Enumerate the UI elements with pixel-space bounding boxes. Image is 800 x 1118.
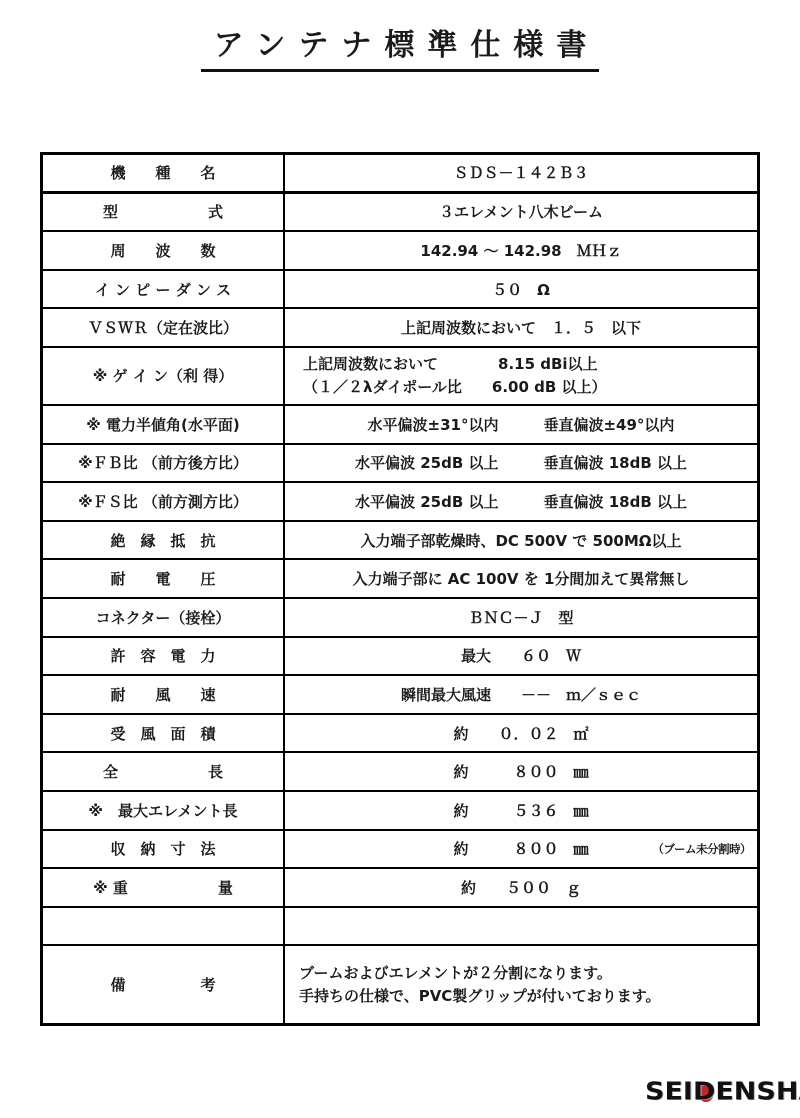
spec-label: 全 長 [43,753,285,790]
table-row-model-name: 機 種 名 ＳＤＳ－１４２Ｂ３ [43,155,757,194]
spec-value: ＳＤＳ－１４２Ｂ３ [285,155,757,191]
table-row-wind-resistance: 耐 風 速 瞬間最大風速 －－ ｍ／ｓｅｃ [43,676,757,715]
spec-label [43,908,285,945]
spec-label: 許 容 電 力 [43,638,285,675]
spec-value: 水平偏波 25dB 以上 垂直偏波 18dB 以上 [285,483,757,520]
spec-label: 絶 縁 抵 抗 [43,522,285,559]
logo-letters-ensh: ENSH [715,1077,798,1106]
table-row-blank [43,908,757,947]
spec-label: ※ ゲ イ ン（利 得） [43,348,285,404]
table-row-wind-area: 受 風 面 積 約 ０．０２ ㎡ [43,715,757,754]
spec-value: 最大 ６０ Ｗ [285,638,757,675]
logo-letters-sei: SEI [645,1077,693,1106]
table-row-half-power-angle: ※ 電力半値角(水平面) 水平偏波±31°以内 垂直偏波±49°以内 [43,406,757,445]
spec-sheet-page: { "colors": { "background": "#ffffff", "… [0,0,800,1118]
seidensha-logo: SEIDENSHΔ [645,1077,800,1106]
spec-value: 約 ５３６ ㎜ [285,792,757,829]
spec-value: 水平偏波±31°以内 垂直偏波±49°以内 [285,406,757,443]
table-row-gain: ※ ゲ イ ン（利 得） 上記周波数において 8.15 dBi以上 （１／２λダ… [43,348,757,406]
table-row-fs-ratio: ※ＦＳ比 （前方測方比） 水平偏波 25dB 以上 垂直偏波 18dB 以上 [43,483,757,522]
spec-value: 約 ８００ ㎜ （ブーム未分割時） [285,831,757,868]
page-title: アンテナ標準仕様書 [201,20,600,72]
spec-value: ブームおよびエレメントが２分割になります。 手持ちの仕様で、PVC製グリップが付… [285,946,757,1023]
spec-label: 耐 風 速 [43,676,285,713]
title-bar: アンテナ標準仕様書 [0,20,800,72]
spec-value-line1: 上記周波数において 8.15 dBi以上 [303,353,598,376]
spec-label: コネクター（接栓） [43,599,285,636]
spec-value: 約 ８００ ㎜ [285,753,757,790]
table-row-rated-power: 許 容 電 力 最大 ６０ Ｗ [43,638,757,677]
spec-value: ３エレメント八木ビーム [285,194,757,231]
spec-label: 耐 電 圧 [43,560,285,597]
spec-label: ※ 最大エレメント長 [43,792,285,829]
table-row-storage-size: 収 納 寸 法 約 ８００ ㎜ （ブーム未分割時） [43,831,757,870]
spec-label: 機 種 名 [43,155,285,191]
spec-label: ※ 重 量 [43,869,285,906]
spec-value-note: （ブーム未分割時） [652,841,751,857]
table-row-max-element-length: ※ 最大エレメント長 約 ５３６ ㎜ [43,792,757,831]
table-row-connector: コネクター（接栓） ＢＮＣ－Ｊ 型 [43,599,757,638]
logo-letter-d-red-icon: D [693,1077,715,1106]
table-row-insulation-resistance: 絶 縁 抵 抗 入力端子部乾燥時、DC 500V で 500MΩ以上 [43,522,757,561]
spec-label: ※ＦＢ比 （前方後方比） [43,445,285,482]
spec-value: 入力端子部乾燥時、DC 500V で 500MΩ以上 [285,522,757,559]
spec-value [285,908,757,945]
spec-label: 型 式 [43,194,285,231]
table-row-total-length: 全 長 約 ８００ ㎜ [43,753,757,792]
table-row-fb-ratio: ※ＦＢ比 （前方後方比） 水平偏波 25dB 以上 垂直偏波 18dB 以上 [43,445,757,484]
spec-label: 収 納 寸 法 [43,831,285,868]
spec-label: ＶＳＷＲ（定在波比） [43,309,285,346]
spec-value: 瞬間最大風速 －－ ｍ／ｓｅｃ [285,676,757,713]
spec-label: イ ン ピ ー ダ ン ス [43,271,285,308]
spec-value: 142.94 ～ 142.98 ＭＨｚ [285,232,757,269]
table-row-frequency: 周 波 数 142.94 ～ 142.98 ＭＨｚ [43,232,757,271]
spec-value-line2: （１／２λダイポール比 6.00 dB 以上） [303,376,607,399]
spec-value: 上記周波数において 8.15 dBi以上 （１／２λダイポール比 6.00 dB… [285,348,757,404]
spec-value-main: 約 ８００ ㎜ [453,838,588,859]
spec-label: ※ 電力半値角(水平面) [43,406,285,443]
table-row-weight: ※ 重 量 約 ５００ ｇ [43,869,757,908]
spec-value: 約 ０．０２ ㎡ [285,715,757,752]
spec-value: 水平偏波 25dB 以上 垂直偏波 18dB 以上 [285,445,757,482]
spec-label: 受 風 面 積 [43,715,285,752]
spec-value: 入力端子部に AC 100V を 1分間加えて異常無し [285,560,757,597]
spec-table: 機 種 名 ＳＤＳ－１４２Ｂ３ 型 式 ３エレメント八木ビーム 周 波 数 14… [40,152,760,1026]
spec-value: ＢＮＣ－Ｊ 型 [285,599,757,636]
spec-value: ５０ Ω [285,271,757,308]
spec-value-line1: ブームおよびエレメントが２分割になります。 [299,962,612,985]
table-row-vswr: ＶＳＷＲ（定在波比） 上記周波数において １．５ 以下 [43,309,757,348]
spec-label: 備 考 [43,946,285,1023]
table-row-impedance: イ ン ピ ー ダ ン ス ５０ Ω [43,271,757,310]
spec-label: 周 波 数 [43,232,285,269]
table-row-withstand-voltage: 耐 電 圧 入力端子部に AC 100V を 1分間加えて異常無し [43,560,757,599]
spec-value: 上記周波数において １．５ 以下 [285,309,757,346]
spec-value-line2: 手持ちの仕様で、PVC製グリップが付いております。 [299,985,661,1008]
spec-value: 約 ５００ ｇ [285,869,757,906]
table-row-remarks: 備 考 ブームおよびエレメントが２分割になります。 手持ちの仕様で、PVC製グリ… [43,946,757,1023]
spec-label: ※ＦＳ比 （前方測方比） [43,483,285,520]
table-row-type: 型 式 ３エレメント八木ビーム [43,194,757,233]
